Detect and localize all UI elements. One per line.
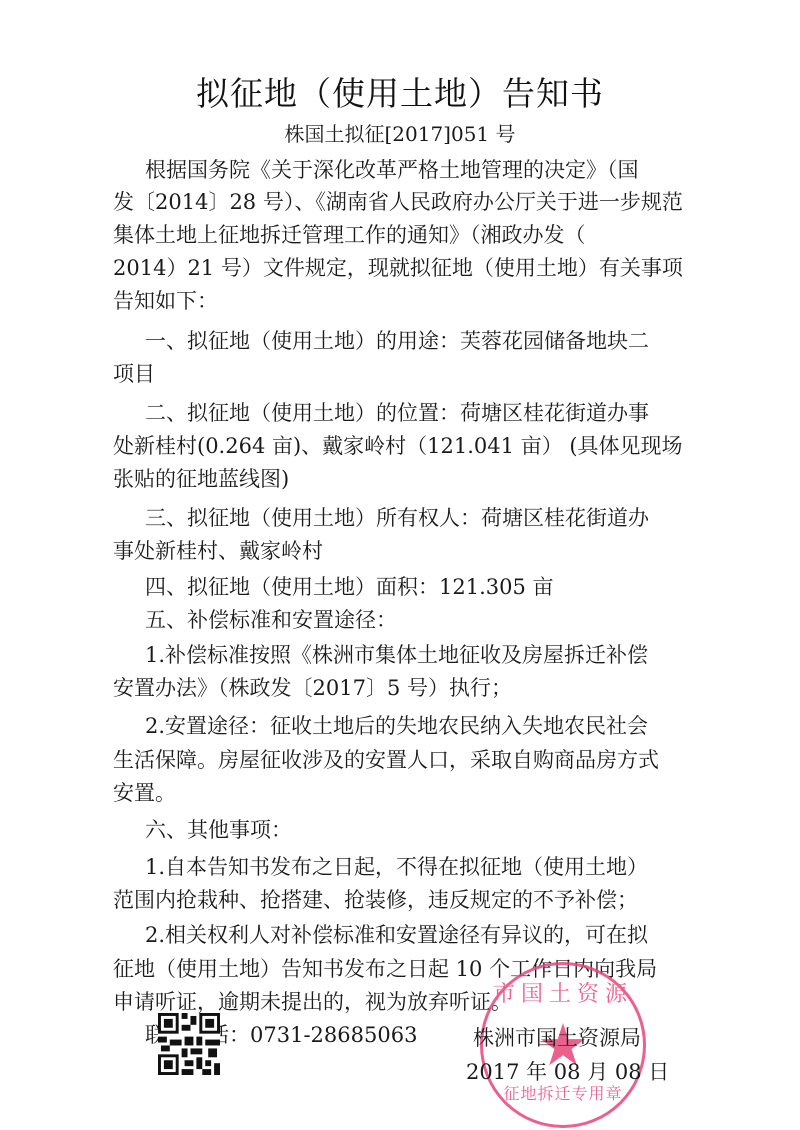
issue-date: 2017 年 08 月 08 日 [466,1056,669,1086]
body-line: 四、拟征地（使用土地）面积：121.305 亩 [145,572,554,602]
document-title: 拟征地（使用土地）告知书 [0,68,800,115]
body-line: 告知如下： [113,286,218,316]
body-line: 2.安置途径：征收土地后的失地农民纳入失地农民社会 [145,711,648,741]
body-line: 范围内抢栽种、抢搭建、抢装修，违反规定的不予补偿； [113,885,638,915]
body-line: 五、补偿标准和安置途径： [145,605,397,635]
body-line: 处新桂村(0.264 亩)、戴家岭村（121.041 亩） (具体见现场 [113,431,683,461]
body-line: 三、拟征地（使用土地）所有权人：荷塘区桂花街道办 [145,503,649,533]
body-line: 事处新桂村、戴家岭村 [113,536,323,566]
body-line: 二、拟征地（使用土地）的位置：荷塘区桂花街道办事 [145,398,649,428]
body-line: 生活保障。房屋征收涉及的安置人口，采取自购商品房方式 [113,745,659,775]
body-line: 项目 [113,359,155,389]
body-line: 集体土地上征地拆迁管理工作的通知》（湘政办发（ [113,220,586,250]
body-line: 安置办法》（株政发〔2017〕5 号）执行； [113,673,512,703]
body-line: 发〔2014〕28 号）、《湖南省人民政府办公厅关于进一步规范 [113,187,683,217]
body-line: 安置。 [113,778,176,808]
body-line: 张贴的征地蓝线图) [113,464,289,494]
body-line: 2014）21 号）文件规定，现就拟征地（使用土地）有关事项 [113,253,683,283]
body-line: 1.补偿标准按照《株洲市集体土地征收及房屋拆迁补偿 [145,640,648,670]
qr-code-icon [158,1012,220,1076]
seal-top-text: 市国土资源 [483,977,643,1008]
body-line: 2.相关权利人对补偿标准和安置途径有异议的，可在拟 [145,920,648,950]
body-line: 根据国务院《关于深化改革严格土地管理的决定》（国 [145,155,639,185]
body-line: 1.自本告知书发布之日起，不得在拟征地（使用土地） [145,852,648,882]
body-line: 六、其他事项： [145,815,292,845]
document-page: 拟征地（使用土地）告知书 株国土拟征[2017]051 号 根据国务院《关于深化… [0,0,800,1130]
issuer-name: 株洲市国土资源局 [473,1022,641,1052]
document-number: 株国土拟征[2017]051 号 [0,118,800,147]
body-line: 一、拟征地（使用土地）的用途：芙蓉花园储备地块二 [145,326,649,356]
